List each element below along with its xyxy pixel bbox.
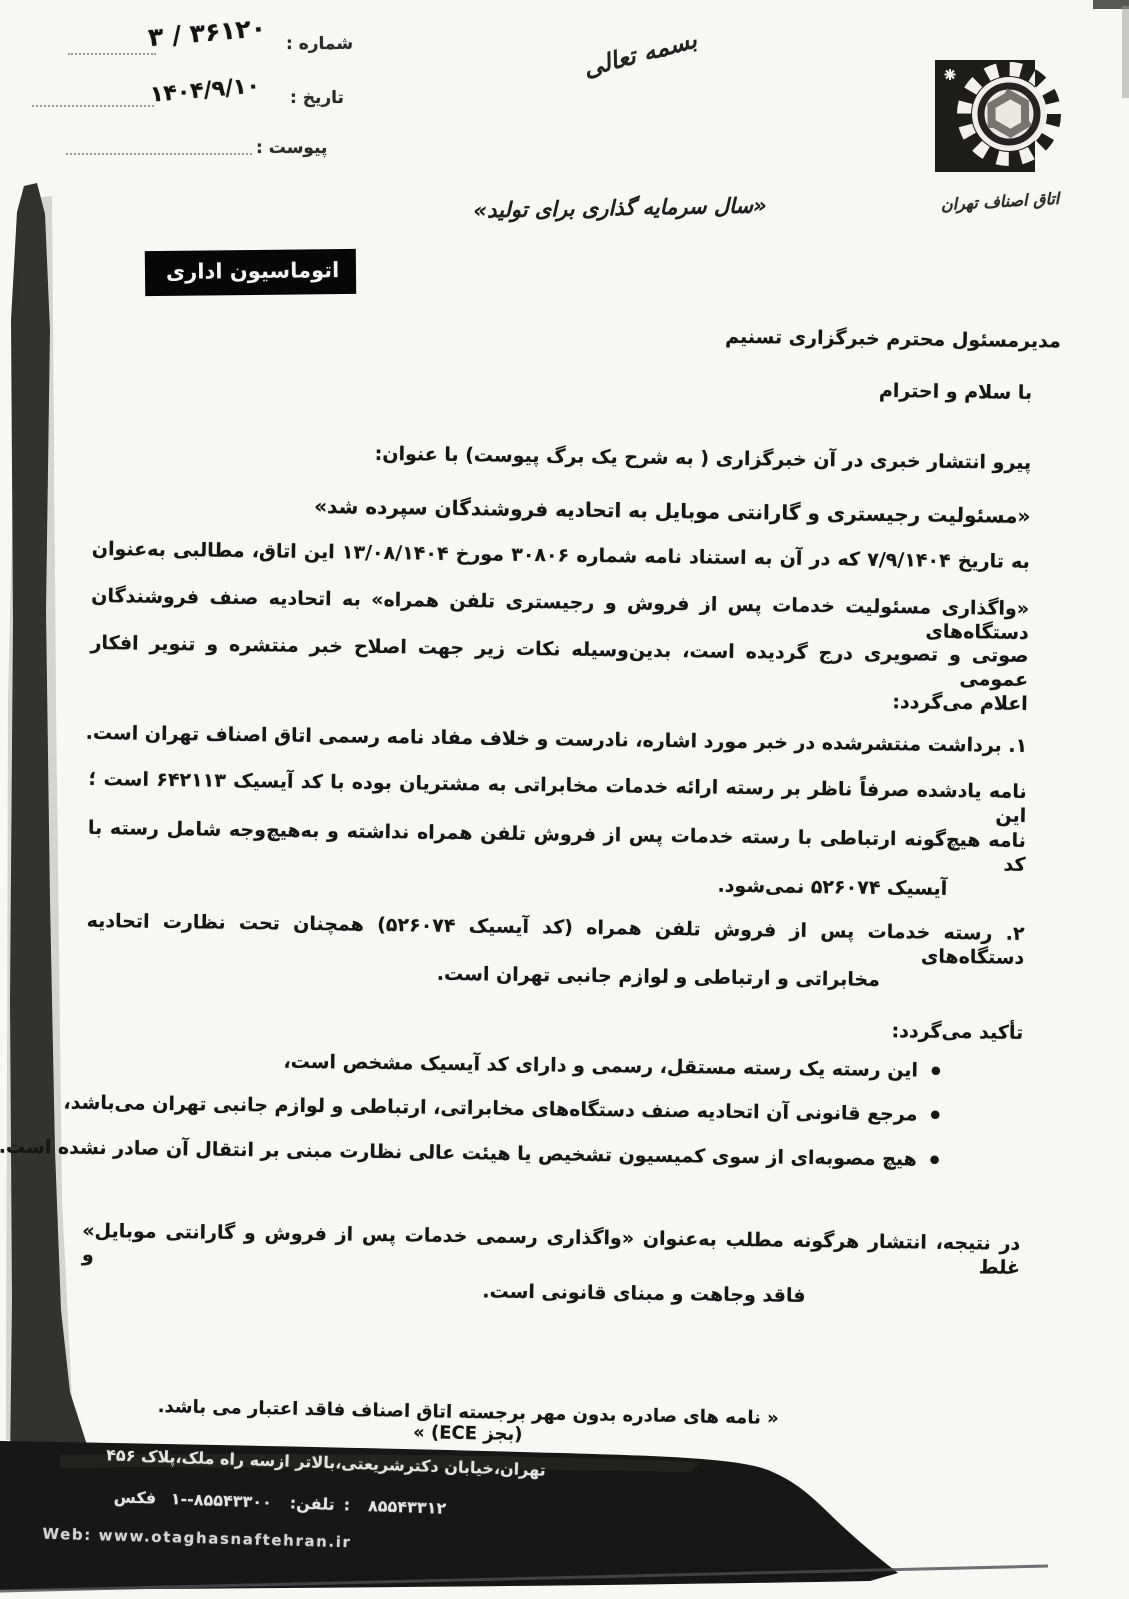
salutation-line: با سلام و احترام [94, 369, 1032, 406]
guilds-chamber-logo-icon [925, 56, 1075, 186]
emphasis-intro-line: تأکید می‌گردد: [85, 1009, 1023, 1046]
footer-phone-fax: تلفن:۱--۸۵۵۴۳۳۰۰ فکس:۸۵۵۴۳۳۱۲ [52, 1485, 508, 1520]
bullet-item: ●این رسته یک رسته مستقل، رسمی و دارای کد… [85, 1048, 941, 1082]
letter-body: مدیرمسئول محترم خبرگزاری تسنیم با سلام و… [81, 317, 1033, 1330]
scan-edge-right [1122, 6, 1129, 98]
footer-address: تهران،خیابان دکترشریعتی،بالاتر ازسه راه … [80, 1444, 572, 1480]
bullet-text: مرجع قانونی آن اتحادیه صنف دستگاه‌های مخ… [63, 1092, 917, 1126]
fax-value: ۸۵۵۴۳۳۱۲ [368, 1496, 447, 1518]
bullet-dot-icon: ● [930, 1108, 940, 1121]
letter-date-value: ۱۴۰۴/۹/۱۰ [149, 73, 261, 107]
year-slogan: «سال سرمایه گذاری برای تولید» [450, 193, 790, 223]
footer-website: Web: www.otaghasnaftehran.ir [22, 1524, 372, 1552]
validity-notice: « نامه های صادره بدون مهر برجسته اتاق اص… [138, 1396, 799, 1451]
scanned-letter-page: ۳ / ۳۶۱۲۰ شماره : ۱۴۰۴/۹/۱۰ تاریخ : پیوس… [0, 0, 1129, 1599]
bullet-dot-icon: ● [930, 1153, 940, 1166]
scan-bottom-line [0, 1566, 1048, 1591]
bullet-text: این رسته یک رسته مستقل، رسمی و دارای کد … [283, 1051, 918, 1082]
scan-mark-top-right [1093, 0, 1129, 9]
bullet-dot-icon: ● [931, 1064, 941, 1077]
bismillah-calligraphy: بسمه تعالی [580, 25, 699, 82]
org-logo-block: اتاق اصناف تهران [922, 56, 1078, 211]
org-name-caption: اتاق اصناف تهران [922, 188, 1079, 215]
attachment-label: پیوست : [256, 138, 327, 158]
bullet-text: هیچ مصوبه‌ای از سوی کمیسیون تشخیص یا هیئ… [0, 1136, 917, 1171]
dotted-leader-number [68, 52, 156, 55]
bullet-item: ●مرجع قانونی آن اتحادیه صنف دستگاه‌های م… [84, 1092, 940, 1126]
intro-line: پیرو انتشار خبری در آن خبرگزاری ( به شرح… [93, 439, 1031, 476]
letter-number-value: ۳ / ۳۶۱۲۰ [147, 13, 267, 52]
quoted-headline: «مسئولیت رجیستری و گارانتی موبایل به اتح… [92, 491, 1030, 529]
bullet-item: ●هیچ مصوبه‌ای از سوی کمیسیون تشخیص یا هی… [83, 1137, 939, 1171]
scan-streak-left [10, 183, 88, 1465]
letter-number-label: شماره : [286, 34, 353, 54]
addressee-line: مدیرمسئول محترم خبرگزاری تسنیم [95, 317, 1061, 354]
logo-star-icon [945, 69, 956, 80]
letter-date-label: تاریخ : [290, 88, 344, 108]
phone-label: تلفن: [290, 1493, 335, 1514]
dotted-leader-attachment [66, 152, 252, 155]
conclusion-line: در نتیجه، انتشار هرگونه مطلب به‌عنوان «و… [82, 1220, 1021, 1281]
dotted-leader-date [32, 104, 154, 107]
item1-line: ۱. برداشت منتشرشده در خبر مورد اشاره، نا… [89, 722, 1027, 759]
conclusion-line: فاقد وجاهت و مبنای قانونی است. [81, 1275, 1019, 1312]
automation-stamp: اتوماسیون اداری [146, 250, 356, 295]
paragraph-line: به تاریخ ۷/۹/۱۴۰۴ که در آن به استناد نام… [92, 538, 1030, 575]
phone-value: ۱--۸۵۵۴۳۳۰۰ [170, 1489, 272, 1512]
scan-streak-left-halo [6, 196, 74, 1440]
